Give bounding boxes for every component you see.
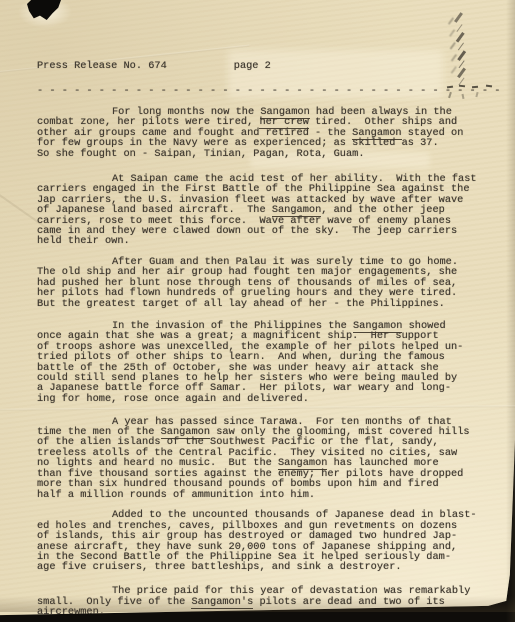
press-release-number: Press Release No. 674 <box>37 61 167 72</box>
text-line: her pilots had flown hundreds of gruelin… <box>37 288 502 298</box>
text-line: But the greatest target of all lay ahead… <box>37 299 502 309</box>
dashed-divider: - - - - - - - - - - - - - - - - - - - - … <box>37 86 502 97</box>
paragraph: In the invasion of the Philippines the S… <box>37 321 502 404</box>
paragraph: At Saipan came the acid test of her abil… <box>37 174 502 247</box>
paragraph: A year has passed since Tarawa. For ten … <box>37 417 502 500</box>
paragraph: Added to the uncounted thousands of Japa… <box>37 510 502 572</box>
document-header: Press Release No. 674 page 2 <box>37 61 502 72</box>
text-line: more than six hundred thousand pounds of… <box>37 479 502 489</box>
paragraph: After Guam and then Palau it was surely … <box>37 257 502 309</box>
text-line: tried pilots of other ships to learn. An… <box>37 352 502 362</box>
text-line: aircrewmen. <box>37 607 502 617</box>
text-line: small. Only five of the Sangamon's pilot… <box>37 597 502 607</box>
text-line: So she fought on - Saipan, Tinian, Pagan… <box>37 149 502 159</box>
paper-right-edge-shading <box>506 0 515 622</box>
page-number: page 2 <box>234 61 271 72</box>
text-line: half a million rounds of ammunition into… <box>37 490 502 500</box>
document-body: For long months now the Sangamon had bee… <box>37 107 502 618</box>
text-line: age five cruisers, three battleships, an… <box>37 562 502 572</box>
scanned-press-release: Press Release No. 674 page 2 - - - - - -… <box>0 0 515 622</box>
underlined-text: Sangamon's <box>191 596 253 609</box>
paragraph: The price paid for this year of devastat… <box>37 586 502 617</box>
text-line: ing for home, rose once again and delive… <box>37 394 502 404</box>
paragraph: For long months now the Sangamon had bee… <box>37 107 502 159</box>
text-line: held their own. <box>37 236 502 246</box>
document-text: Press Release No. 674 page 2 - - - - - -… <box>37 61 502 618</box>
